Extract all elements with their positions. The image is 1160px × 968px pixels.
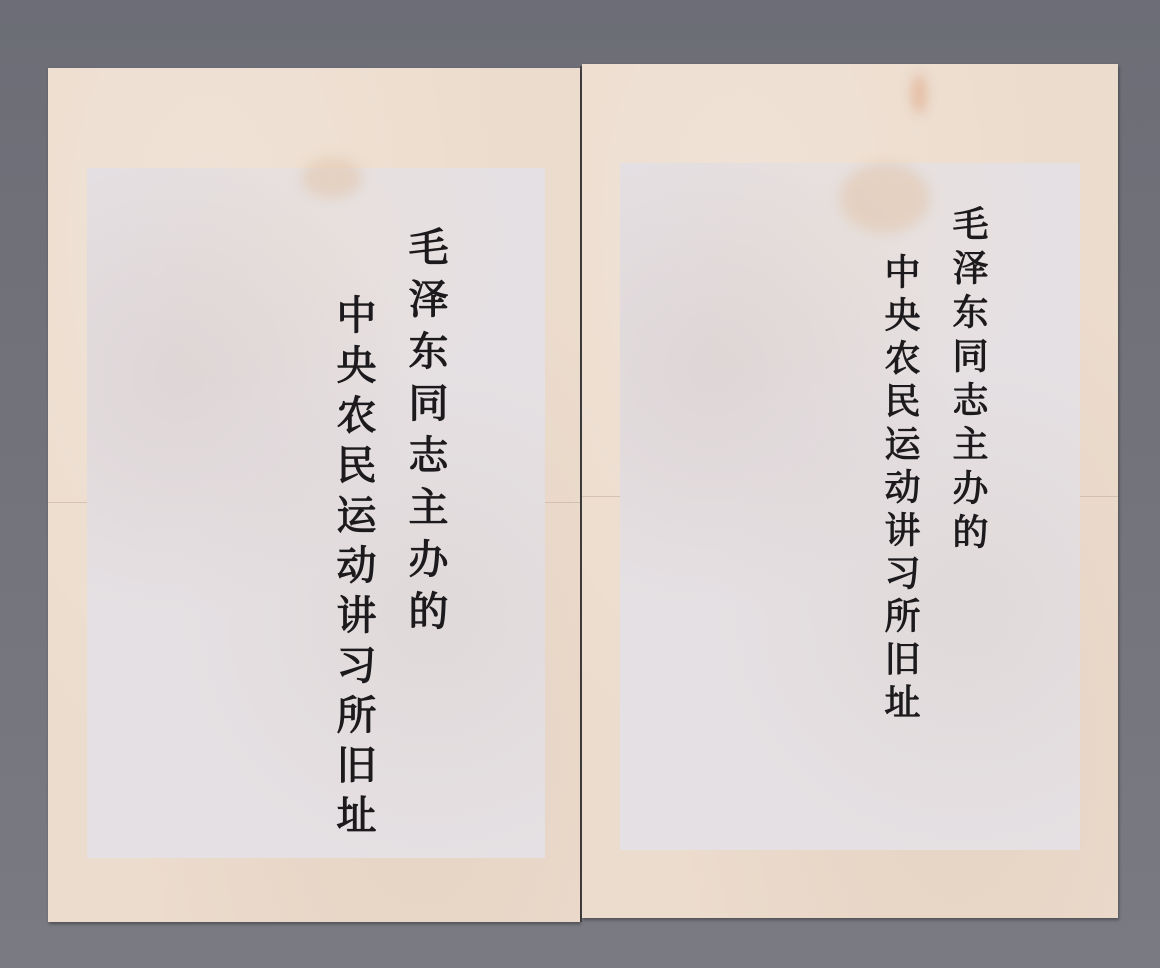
right-calligraphy-column-2: 中央农民运动讲习所旧址 bbox=[882, 253, 918, 726]
mount-stain bbox=[912, 74, 926, 114]
paper-stain bbox=[840, 163, 930, 233]
paper-stain bbox=[302, 158, 362, 198]
right-paper-panel: 毛泽东同志主办的 中央农民运动讲习所旧址 bbox=[620, 163, 1080, 850]
right-calligraphy-column-1: 毛泽东同志主办的 bbox=[950, 205, 986, 557]
right-album-leaf: 毛泽东同志主办的 中央农民运动讲习所旧址 bbox=[582, 64, 1118, 918]
left-paper-panel: 毛泽东同志主办的 中央农民运动讲习所旧址 bbox=[87, 168, 545, 858]
left-calligraphy-column-2: 中央农民运动讲习所旧址 bbox=[333, 294, 373, 844]
left-calligraphy-column-1: 毛泽东同志主办的 bbox=[405, 226, 445, 642]
left-album-leaf: 毛泽东同志主办的 中央农民运动讲习所旧址 bbox=[48, 68, 580, 922]
